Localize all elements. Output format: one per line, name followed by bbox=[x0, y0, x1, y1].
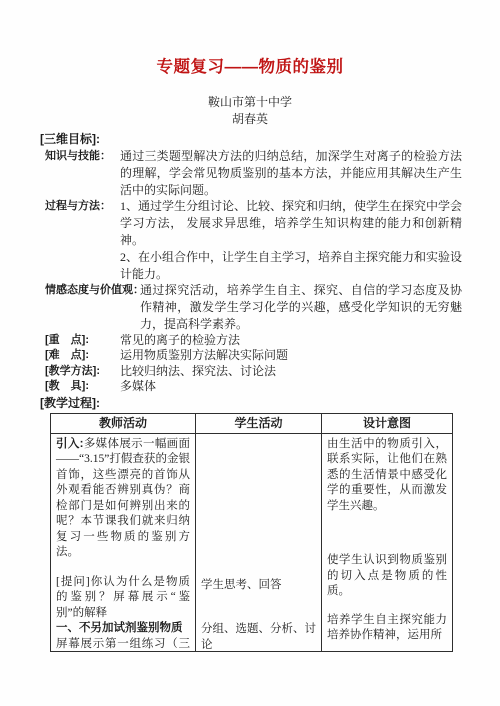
objective-label-process: 过程与方法： bbox=[40, 198, 120, 282]
meta-label-teaching-method: [教学方法]: bbox=[40, 364, 120, 380]
student-think-answer: 学生思考、回答 bbox=[201, 578, 316, 594]
meta-row-teaching-method: [教学方法]: 比较归纳法、探究法、讨论法 bbox=[40, 364, 462, 380]
meta-label-teaching-aid: [教 具]: bbox=[40, 379, 120, 395]
intent-paragraph-1: 由生活中的物质引入，联系实际，让他们在熟悉的生活情景中感受化学的重要性，从而激发… bbox=[327, 437, 447, 515]
document-title: 专题复习——物质的鉴别 bbox=[0, 0, 500, 79]
objective-process-item-1: 1、通过学生分组讨论、比较、探究和归纳，使学生在探究中学会学习方法， 发展求异思… bbox=[120, 198, 462, 248]
meta-content-teaching-method: 比较归纳法、探究法、讨论法 bbox=[120, 364, 462, 380]
meta-content-difficult-point: 运用物质鉴别方法解决实际问题 bbox=[120, 348, 462, 364]
school-name: 鞍山市第十中学 bbox=[0, 94, 500, 111]
lesson-plan-table-wrap: 教师活动 学生活动 设计意图 引入:多媒体展示一幅画面——“3.15”打假查获的… bbox=[50, 413, 452, 652]
author-name: 胡春英 bbox=[0, 111, 500, 128]
document-page: 专题复习——物质的鉴别 鞍山市第十中学 胡春英 [三维目标]: 知识与技能： 通… bbox=[0, 0, 500, 706]
teacher-activity-cell: 引入:多媒体展示一幅画面——“3.15”打假查获的金银首饰，这些漂亮的首饰从外观… bbox=[51, 433, 196, 651]
student-activity-cell: 学生思考、回答 分组、选题、分析、讨论 bbox=[196, 433, 322, 651]
table-body-row: 引入:多媒体展示一幅画面——“3.15”打假查获的金银首饰，这些漂亮的首饰从外观… bbox=[51, 433, 453, 651]
objective-label-knowledge: 知识与技能： bbox=[40, 148, 120, 198]
meta-label-key-point: [重 点]: bbox=[40, 333, 120, 349]
objective-process-item-2: 2、在小组合作中，让学生自主学习，培养自主探究能力和实验设计能力。 bbox=[120, 249, 462, 283]
objective-content-process: 1、通过学生分组讨论、比较、探究和归纳，使学生在探究中学会学习方法， 发展求异思… bbox=[120, 198, 462, 282]
objective-label-values: 情感态度与价值观： bbox=[40, 282, 140, 332]
section-one-heading: 一、不另加试剂鉴别物质 bbox=[56, 621, 190, 637]
objective-content-values: 通过探究活动，培养学生自主、探究、自信的学习态度及协作精神，激发学生学习化学的兴… bbox=[140, 282, 462, 332]
design-intent-cell: 由生活中的物质引入，联系实际，让他们在熟悉的生活情景中感受化学的重要性，从而激发… bbox=[322, 433, 453, 651]
exercise-paragraph: 屏幕展示第一组练习（三大题） bbox=[56, 637, 190, 651]
lesson-plan-table: 教师活动 学生活动 设计意图 引入:多媒体展示一幅画面——“3.15”打假查获的… bbox=[50, 413, 453, 652]
table-header-teacher-activity: 教师活动 bbox=[51, 413, 196, 433]
student-group-discuss: 分组、选题、分析、讨论 bbox=[201, 622, 316, 651]
intro-label: 引入: bbox=[56, 438, 84, 450]
meta-row-teaching-aid: [教 具]: 多媒体 bbox=[40, 379, 462, 395]
objective-row-process: 过程与方法： 1、通过学生分组讨论、比较、探究和归纳，使学生在探究中学会学习方法… bbox=[40, 198, 462, 282]
intro-text: 多媒体展示一幅画面——“3.15”打假查获的金银首饰，这些漂亮的首饰从外观看能否… bbox=[56, 438, 190, 559]
meta-content-key-point: 常见的离子的检验方法 bbox=[120, 333, 462, 349]
teaching-process-heading: [教学过程]: bbox=[40, 395, 462, 411]
meta-content-teaching-aid: 多媒体 bbox=[120, 379, 462, 395]
table-header-student-activity: 学生活动 bbox=[196, 413, 322, 433]
question-paragraph: [提问]你认为什么是物质的鉴别？屏幕展示“鉴别”的解释 bbox=[56, 575, 190, 622]
document-body: [三维目标]: 知识与技能： 通过三类题型解决方法的归纳总结，加深学生对离子的检… bbox=[0, 131, 500, 411]
table-header-row: 教师活动 学生活动 设计意图 bbox=[51, 413, 453, 433]
objective-content-knowledge: 通过三类题型解决方法的归纳总结，加深学生对离子的检验方法的理解，学会常见物质鉴别… bbox=[120, 148, 462, 198]
meta-label-difficult-point: [难 点]: bbox=[40, 348, 120, 364]
table-header-design-intent: 设计意图 bbox=[322, 413, 453, 433]
objective-row-values: 情感态度与价值观： 通过探究活动，培养学生自主、探究、自信的学习态度及协作精神，… bbox=[40, 282, 462, 332]
objective-row-knowledge: 知识与技能： 通过三类题型解决方法的归纳总结，加深学生对离子的检验方法的理解，学… bbox=[40, 148, 462, 198]
intent-paragraph-2: 使学生认识到物质鉴别的切入点是物质的性质。 bbox=[327, 553, 447, 600]
intent-paragraph-3: 培养学生自主探究能力培养协作精神，运用所 bbox=[327, 613, 447, 644]
meta-row-difficult-point: [难 点]: 运用物质鉴别方法解决实际问题 bbox=[40, 348, 462, 364]
objectives-heading: [三维目标]: bbox=[40, 131, 462, 148]
meta-row-key-point: [重 点]: 常见的离子的检验方法 bbox=[40, 333, 462, 349]
intro-paragraph: 引入:多媒体展示一幅画面——“3.15”打假查获的金银首饰，这些漂亮的首饰从外观… bbox=[56, 437, 190, 561]
